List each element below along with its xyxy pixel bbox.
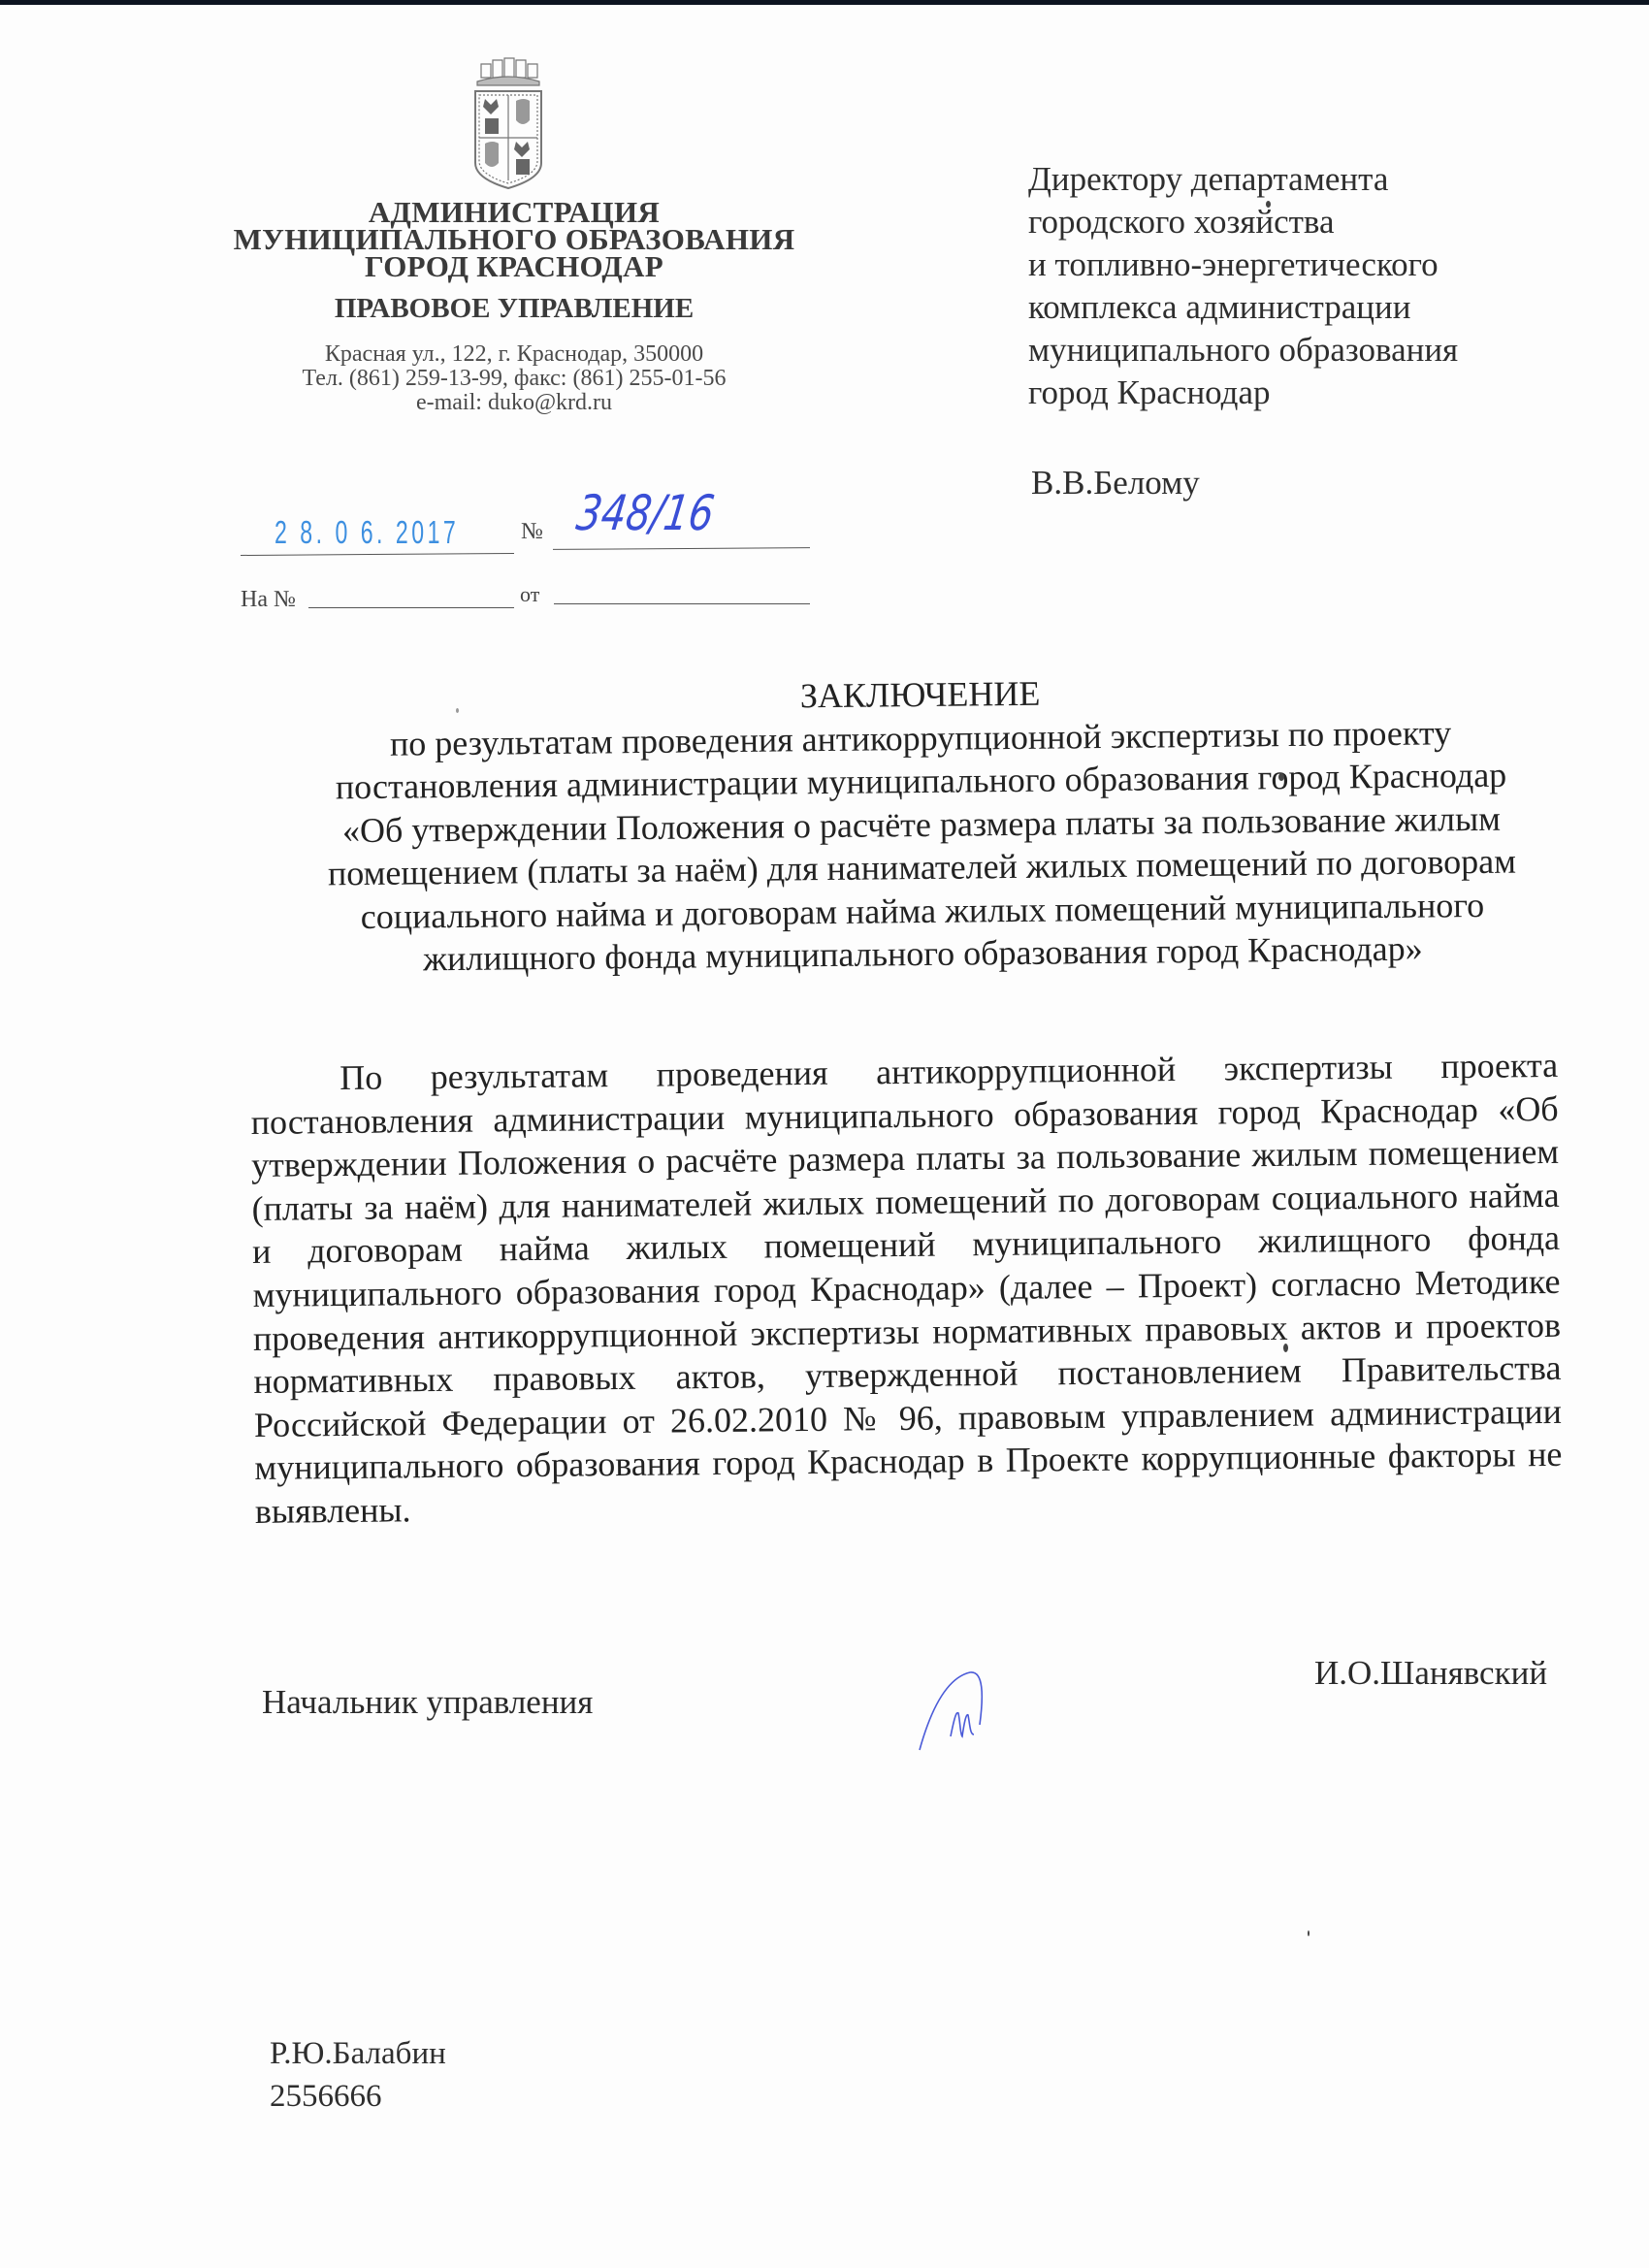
contact-block: Красная ул., 122, г. Краснодар, 350000 Т… <box>223 342 805 415</box>
addressee-line: комплекса администрации <box>1028 286 1458 329</box>
reference-number-label: На № <box>241 587 296 613</box>
body-paragraph: По результатам проведения антикоррупцион… <box>250 1044 1563 1534</box>
addressee-line: городского хозяйства <box>1028 201 1458 243</box>
executor-phone: 2556666 <box>270 2075 446 2118</box>
document-title: ЗАКЛЮЧЕНИЕ по результатам проведения ант… <box>241 666 1601 983</box>
signatory-name: И.О.Шанявский <box>1314 1654 1547 1693</box>
executor-name: Р.Ю.Балабин <box>270 2032 446 2075</box>
addressee-line: и топливно-энергетического <box>1028 243 1458 286</box>
scan-edge <box>0 0 1649 5</box>
addressee-block: Директору департамента городского хозяйс… <box>1028 158 1458 414</box>
addressee-line: Директору департамента <box>1028 158 1458 201</box>
org-line: ГОРОД КРАСНОДАР <box>223 253 805 280</box>
date-stamp: 2 8. 0 6. 2017 <box>275 514 459 551</box>
reference-date-label: от <box>520 582 539 607</box>
phone-fax: Тел. (861) 259-13-99, факс: (861) 255-01… <box>223 367 805 391</box>
number-label: № <box>521 519 543 545</box>
addressee-name: В.В.Белому <box>1031 464 1200 502</box>
letterhead: АДМИНИСТРАЦИЯ МУНИЦИПАЛЬНОГО ОБРАЗОВАНИЯ… <box>223 199 805 415</box>
scan-speck <box>456 708 459 713</box>
scan-speck <box>1278 773 1284 781</box>
department-name: ПРАВОВОЕ УПРАВЛЕНИЕ <box>223 294 805 323</box>
scan-speck <box>1266 201 1271 208</box>
coat-of-arms-icon <box>471 56 545 192</box>
signature-icon <box>912 1667 1018 1754</box>
signatory-position: Начальник управления <box>262 1683 593 1722</box>
scan-speck <box>1283 1344 1288 1352</box>
org-name: АДМИНИСТРАЦИЯ МУНИЦИПАЛЬНОГО ОБРАЗОВАНИЯ… <box>223 199 805 280</box>
body-text: По результатам проведения антикоррупцион… <box>250 1044 1563 1534</box>
addressee-line: город Краснодар <box>1028 372 1458 414</box>
registration-number: 348/16 <box>573 485 718 541</box>
scan-speck <box>1308 1930 1309 1936</box>
addressee-line: муниципального образования <box>1028 329 1458 372</box>
executor-block: Р.Ю.Балабин 2556666 <box>270 2032 446 2118</box>
email: e-mail: duko@krd.ru <box>223 391 805 415</box>
address: Красная ул., 122, г. Краснодар, 350000 <box>223 342 805 367</box>
